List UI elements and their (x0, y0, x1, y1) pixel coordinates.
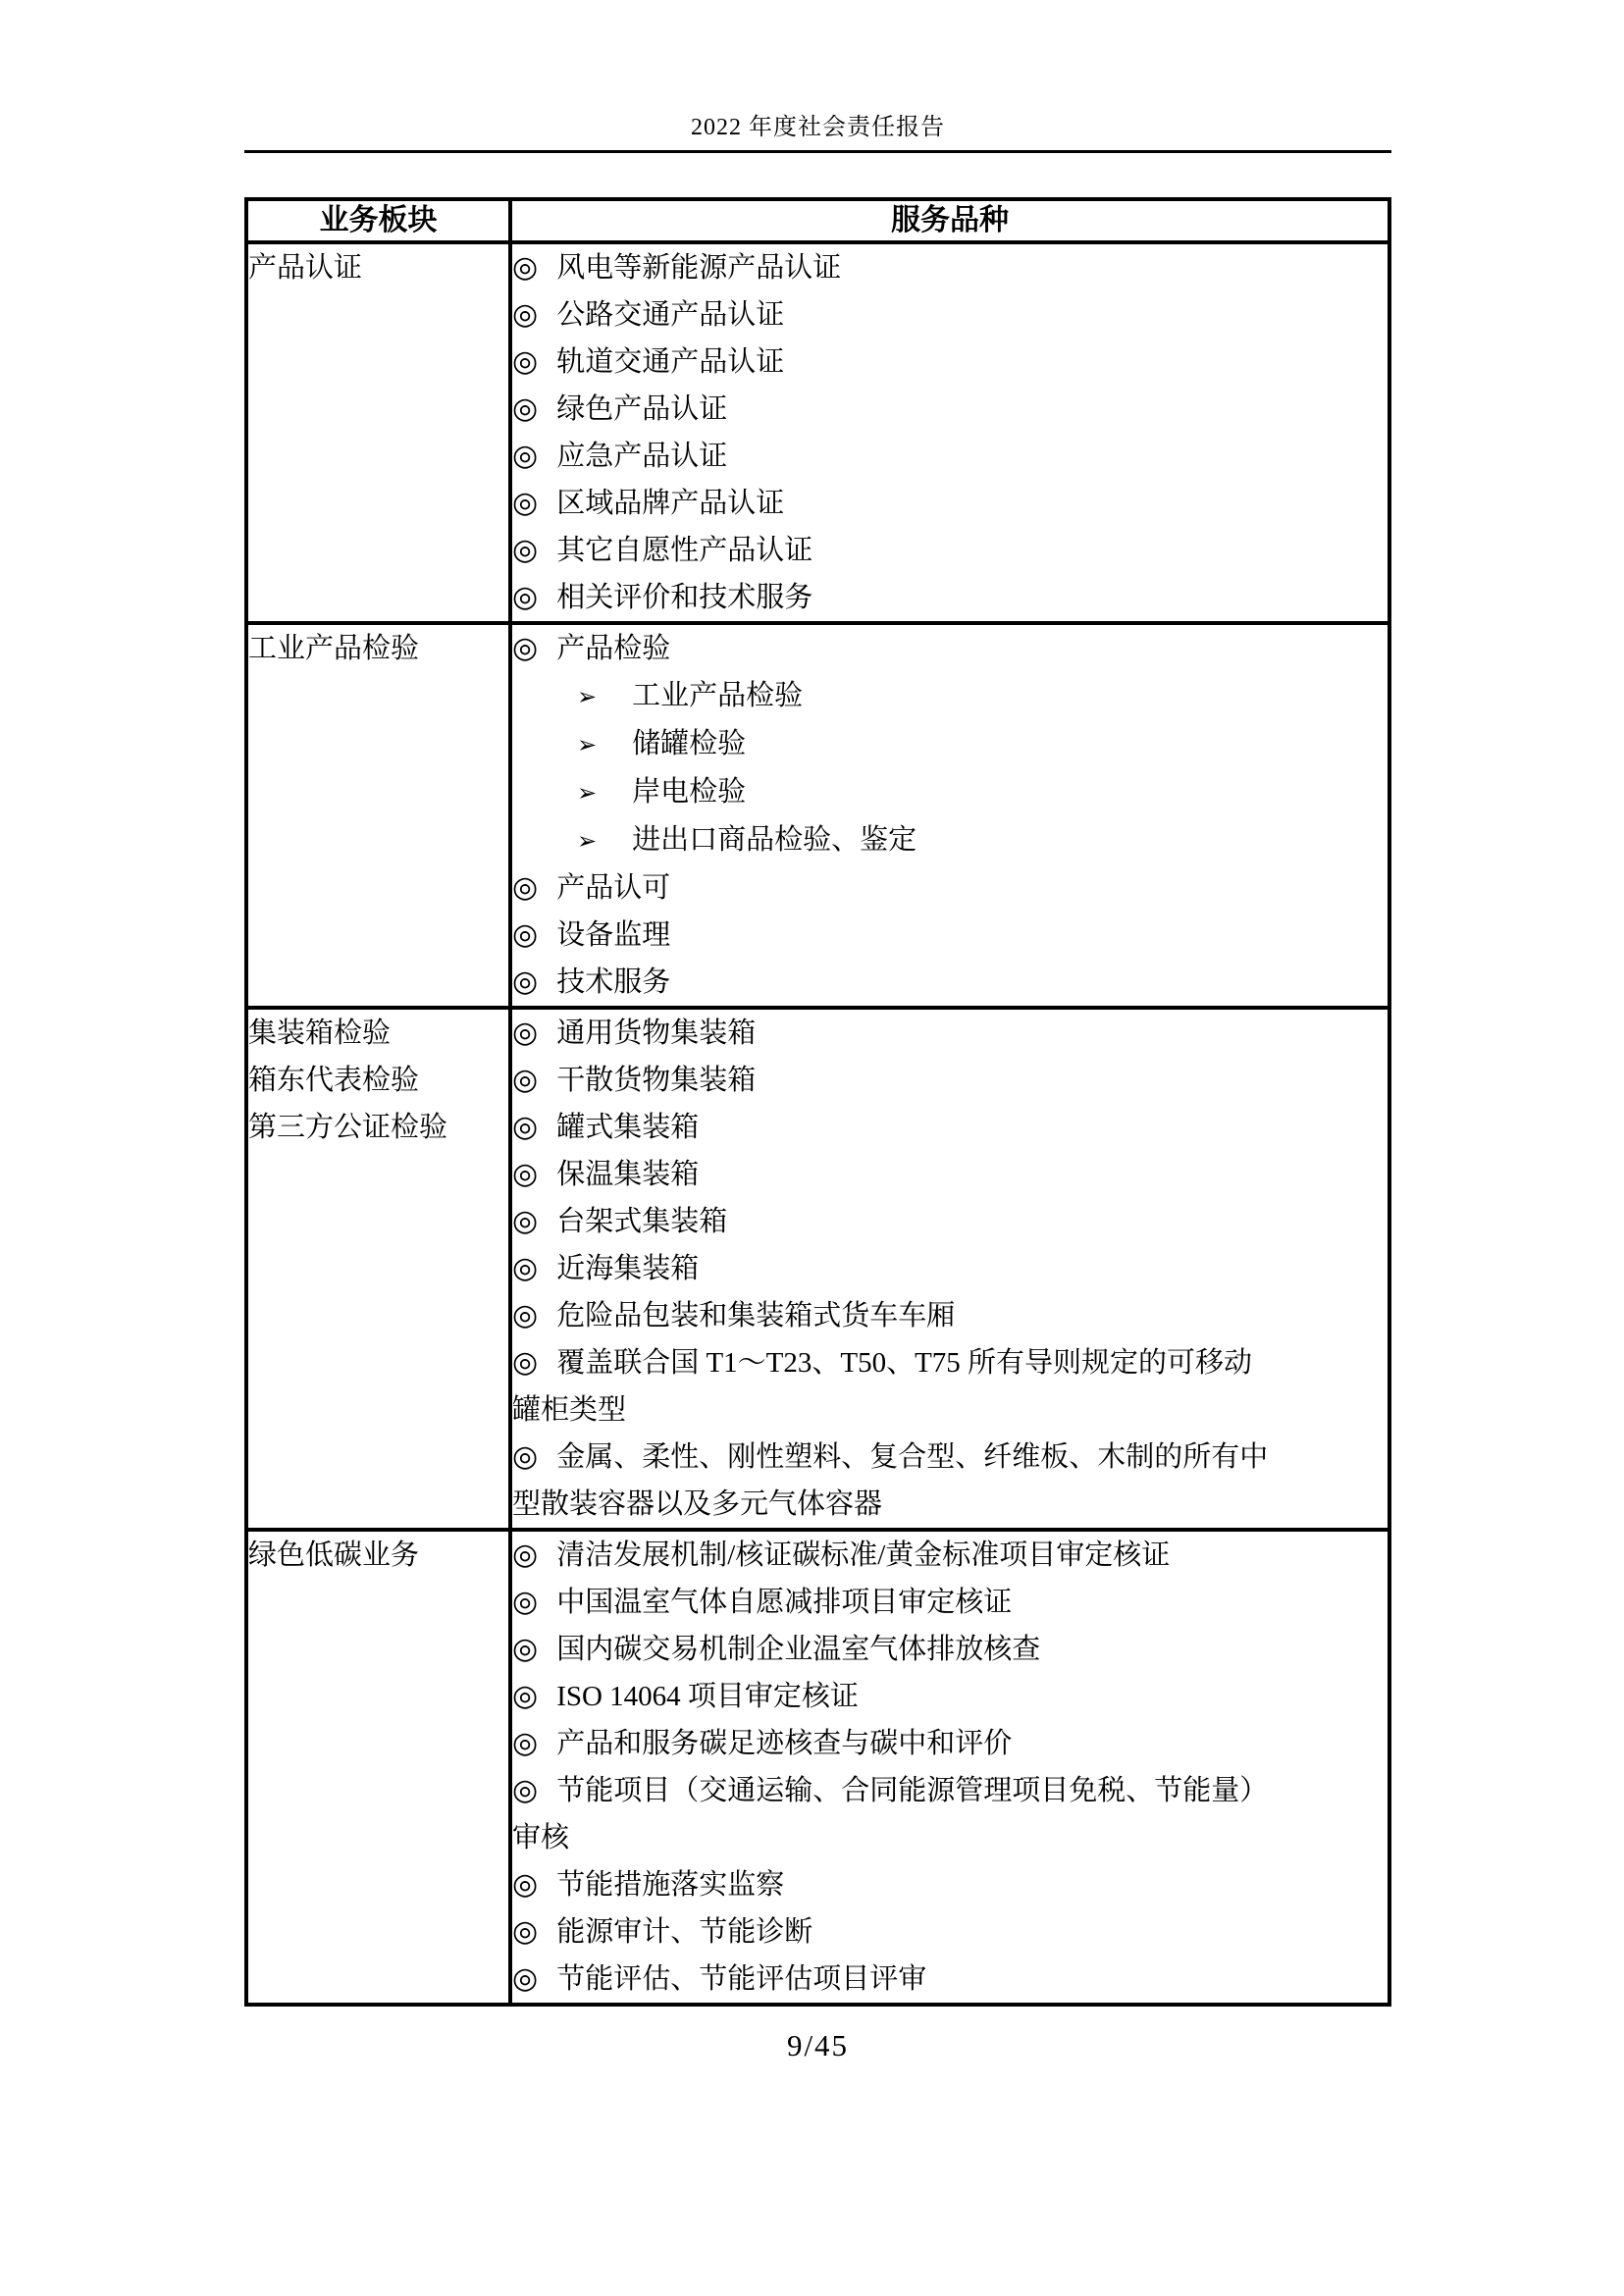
bullseye-bullet-icon: ◎ (512, 298, 538, 331)
service-item-text: 干散货物集装箱 (556, 1065, 756, 1096)
service-sub-item: ➢进出口商品检验、鉴定 (512, 816, 1388, 864)
segment-name: 产品认证 (248, 244, 508, 291)
bullseye-bullet-icon: ◎ (512, 1064, 538, 1096)
service-item: ◎节能措施落实监察 (512, 1861, 1388, 1908)
service-item-text: 节能项目（交通运输、合同能源管理项目免税、节能量） 审核 (512, 1775, 1268, 1853)
service-item: ◎能源审计、节能诊断 (512, 1908, 1388, 1956)
bullseye-bullet-icon: ◎ (512, 1633, 538, 1665)
service-item: ◎风电等新能源产品认证 (512, 244, 1388, 291)
service-item: ◎干散货物集装箱 (512, 1057, 1388, 1104)
service-item-text: 其它自愿性产品认证 (556, 535, 812, 566)
service-item: ◎应急产品认证 (512, 433, 1388, 480)
bullseye-bullet-icon: ◎ (512, 534, 538, 566)
bullseye-bullet-icon: ◎ (512, 1252, 538, 1284)
services-cell: ◎通用货物集装箱 ◎干散货物集装箱 ◎罐式集装箱 ◎保温集装箱 ◎台架式集装箱 … (510, 1008, 1389, 1530)
service-item: ◎轨道交通产品认证 (512, 339, 1388, 386)
bullseye-bullet-icon: ◎ (512, 345, 538, 378)
service-item-text: 台架式集装箱 (556, 1206, 727, 1237)
bullseye-bullet-icon: ◎ (512, 487, 538, 519)
service-item-text: 国内碳交易机制企业温室气体排放核查 (556, 1634, 1040, 1665)
services-cell: ◎产品检验 ➢工业产品检验 ➢储罐检验 ➢岸电检验 ➢进出口商品检验、鉴定 ◎产… (510, 623, 1389, 1008)
column-header-service-types: 服务品种 (510, 199, 1389, 242)
table-row-container-inspection: 集装箱检验 箱东代表检验 第三方公证检验 ◎通用货物集装箱 ◎干散货物集装箱 ◎… (246, 1008, 1389, 1530)
service-item-text: 储罐检验 (632, 728, 746, 759)
service-item: ◎覆盖联合国 T1～T23、T50、T75 所有导则规定的可移动 罐柜类型 (512, 1339, 1388, 1434)
bullseye-bullet-icon: ◎ (512, 1017, 538, 1049)
page-number: 9/45 (244, 2028, 1391, 2063)
bullseye-bullet-icon: ◎ (512, 1915, 538, 1948)
service-item: ◎公路交通产品认证 (512, 291, 1388, 339)
bullseye-bullet-icon: ◎ (512, 392, 538, 425)
document-page: 2022 年度社会责任报告 业务板块 服务品种 产品认证 ◎风 (0, 0, 1624, 2296)
service-item-text: 危险品包装和集装箱式货车车厢 (556, 1300, 955, 1331)
service-item: ◎危险品包装和集装箱式货车车厢 (512, 1292, 1388, 1339)
service-item-text: 绿色产品认证 (556, 393, 727, 425)
service-item-text: 罐式集装箱 (556, 1112, 699, 1143)
service-item: ◎其它自愿性产品认证 (512, 527, 1388, 574)
service-item: ◎区域品牌产品认证 (512, 480, 1388, 527)
bullseye-bullet-icon: ◎ (512, 1111, 538, 1143)
service-sub-item: ➢工业产品检验 (512, 672, 1388, 720)
service-item: ◎相关评价和技术服务 (512, 574, 1388, 621)
service-item-text: 覆盖联合国 T1～T23、T50、T75 所有导则规定的可移动 罐柜类型 (512, 1347, 1252, 1426)
segment-name: 绿色低碳业务 (248, 1532, 508, 1579)
service-item-text: 公路交通产品认证 (556, 299, 784, 331)
bullseye-bullet-icon: ◎ (512, 1205, 538, 1237)
service-item: ◎近海集装箱 (512, 1245, 1388, 1292)
arrowhead-bullet-icon: ➢ (577, 779, 597, 807)
service-item-text: 近海集装箱 (556, 1253, 699, 1284)
bullseye-bullet-icon: ◎ (512, 1299, 538, 1331)
service-item: ◎国内碳交易机制企业温室气体排放核查 (512, 1626, 1388, 1673)
service-item: ◎产品检验 (512, 625, 1388, 672)
table-row-green-low-carbon: 绿色低碳业务 ◎清洁发展机制/核证碳标准/黄金标准项目审定核证 ◎中国温室气体自… (246, 1530, 1389, 2005)
service-item-text: 通用货物集装箱 (556, 1018, 756, 1049)
service-item-text: 能源审计、节能诊断 (556, 1916, 812, 1948)
bullseye-bullet-icon: ◎ (512, 1158, 538, 1190)
segment-cell: 产品认证 (246, 242, 510, 623)
service-item: ◎保温集装箱 (512, 1151, 1388, 1198)
arrowhead-bullet-icon: ➢ (577, 683, 597, 710)
service-item: ◎节能评估、节能评估项目评审 (512, 1956, 1388, 2003)
segment-name: 工业产品检验 (248, 625, 508, 672)
service-item-text: 岸电检验 (632, 776, 746, 808)
arrowhead-bullet-icon: ➢ (577, 827, 597, 855)
service-item: ◎台架式集装箱 (512, 1198, 1388, 1245)
services-table: 业务板块 服务品种 产品认证 ◎风电等新能源产品认证 ◎公路交通产品认证 ◎轨道… (244, 197, 1391, 2007)
service-item-text: 轨道交通产品认证 (556, 346, 784, 378)
service-item-text: 保温集装箱 (556, 1159, 699, 1190)
service-item-text: 应急产品认证 (556, 441, 727, 472)
column-header-business-segment: 业务板块 (246, 199, 510, 242)
arrowhead-bullet-icon: ➢ (577, 731, 597, 758)
service-item-text: 技术服务 (556, 966, 670, 998)
bullseye-bullet-icon: ◎ (512, 1774, 538, 1806)
bullseye-bullet-icon: ◎ (512, 1346, 538, 1379)
service-item-text: 进出口商品检验、鉴定 (632, 824, 917, 856)
bullseye-bullet-icon: ◎ (512, 918, 538, 951)
service-item: ◎ISO 14064 项目审定核证 (512, 1673, 1388, 1720)
report-header-title: 2022 年度社会责任报告 (244, 0, 1391, 141)
service-item: ◎产品和服务碳足迹核查与碳中和评价 (512, 1720, 1388, 1767)
service-item: ◎节能项目（交通运输、合同能源管理项目免税、节能量） 审核 (512, 1767, 1388, 1861)
bullseye-bullet-icon: ◎ (512, 1868, 538, 1901)
bullseye-bullet-icon: ◎ (512, 251, 538, 284)
header-divider-line (244, 150, 1391, 153)
segment-cell: 工业产品检验 (246, 623, 510, 1008)
service-item-text: ISO 14064 项目审定核证 (556, 1681, 859, 1712)
table-row-product-certification: 产品认证 ◎风电等新能源产品认证 ◎公路交通产品认证 ◎轨道交通产品认证 ◎绿色… (246, 242, 1389, 623)
bullseye-bullet-icon: ◎ (512, 1727, 538, 1759)
bullseye-bullet-icon: ◎ (512, 965, 538, 998)
service-item-text: 中国温室气体自愿减排项目审定核证 (556, 1587, 1012, 1618)
service-item-text: 风电等新能源产品认证 (556, 252, 841, 284)
bullseye-bullet-icon: ◎ (512, 871, 538, 904)
service-item: ◎罐式集装箱 (512, 1104, 1388, 1151)
bullseye-bullet-icon: ◎ (512, 440, 538, 472)
table-header-row: 业务板块 服务品种 (246, 199, 1389, 242)
segment-name: 集装箱检验 (248, 1010, 508, 1057)
service-item: ◎金属、柔性、刚性塑料、复合型、纤维板、木制的所有中 型散装容器以及多元气体容器 (512, 1434, 1388, 1528)
service-item: ◎绿色产品认证 (512, 386, 1388, 433)
segment-cell: 集装箱检验 箱东代表检验 第三方公证检验 (246, 1008, 510, 1530)
service-sub-item: ➢岸电检验 (512, 768, 1388, 816)
service-item-text: 金属、柔性、刚性塑料、复合型、纤维板、木制的所有中 型散装容器以及多元气体容器 (512, 1441, 1268, 1520)
service-item-text: 节能措施落实监察 (556, 1869, 784, 1901)
service-item: ◎中国温室气体自愿减排项目审定核证 (512, 1579, 1388, 1626)
service-sub-item: ➢储罐检验 (512, 720, 1388, 768)
service-item-text: 产品认可 (556, 872, 670, 904)
service-item-text: 节能评估、节能评估项目评审 (556, 1963, 926, 1995)
segment-cell: 绿色低碳业务 (246, 1530, 510, 2005)
service-item-text: 设备监理 (556, 919, 670, 951)
segment-name: 箱东代表检验 (248, 1057, 508, 1104)
service-item: ◎清洁发展机制/核证碳标准/黄金标准项目审定核证 (512, 1532, 1388, 1579)
services-cell: ◎清洁发展机制/核证碳标准/黄金标准项目审定核证 ◎中国温室气体自愿减排项目审定… (510, 1530, 1389, 2005)
bullseye-bullet-icon: ◎ (512, 632, 538, 664)
segment-name: 第三方公证检验 (248, 1104, 508, 1151)
bullseye-bullet-icon: ◎ (512, 1539, 538, 1571)
bullseye-bullet-icon: ◎ (512, 1680, 538, 1712)
content-column: 2022 年度社会责任报告 业务板块 服务品种 产品认证 ◎风 (244, 0, 1391, 2063)
service-item-text: 产品检验 (556, 633, 670, 664)
service-item: ◎产品认可 (512, 864, 1388, 912)
service-item: ◎通用货物集装箱 (512, 1010, 1388, 1057)
service-item-text: 产品和服务碳足迹核查与碳中和评价 (556, 1728, 1012, 1759)
table-row-industrial-inspection: 工业产品检验 ◎产品检验 ➢工业产品检验 ➢储罐检验 ➢岸电检验 ➢进出口商品检… (246, 623, 1389, 1008)
services-cell: ◎风电等新能源产品认证 ◎公路交通产品认证 ◎轨道交通产品认证 ◎绿色产品认证 … (510, 242, 1389, 623)
bullseye-bullet-icon: ◎ (512, 1962, 538, 1995)
service-item-text: 清洁发展机制/核证碳标准/黄金标准项目审定核证 (556, 1539, 1170, 1571)
service-item-text: 相关评价和技术服务 (556, 582, 812, 613)
bullseye-bullet-icon: ◎ (512, 581, 538, 613)
service-item-text: 区域品牌产品认证 (556, 488, 784, 519)
service-item-text: 工业产品检验 (632, 680, 803, 711)
service-item: ◎技术服务 (512, 959, 1388, 1006)
bullseye-bullet-icon: ◎ (512, 1586, 538, 1618)
table-header: 业务板块 服务品种 (246, 199, 1389, 242)
service-item: ◎设备监理 (512, 912, 1388, 959)
bullseye-bullet-icon: ◎ (512, 1440, 538, 1473)
